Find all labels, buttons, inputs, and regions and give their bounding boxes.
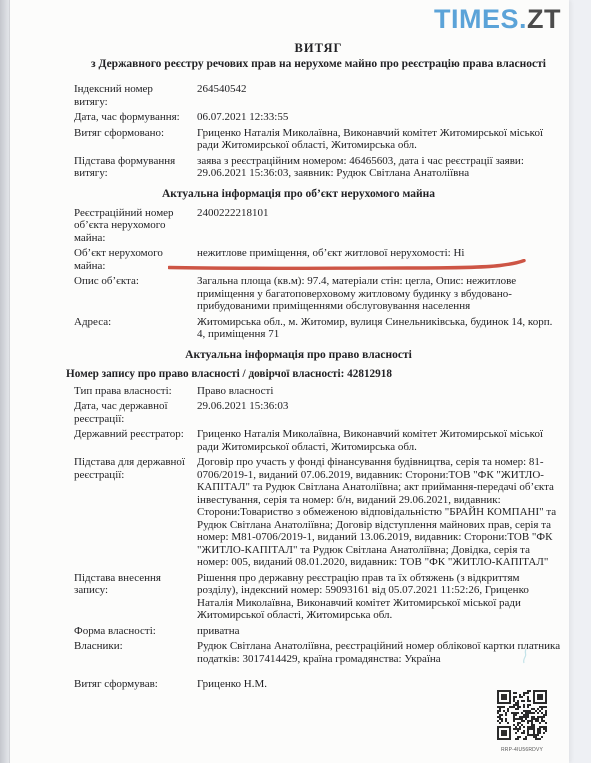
field-label: Індексний номер витягу: — [74, 83, 185, 108]
pen-mark-artifact — [519, 648, 531, 664]
document-title: ВИТЯГ — [74, 42, 563, 55]
field-value: Гриценко Наталія Миколаївна, Виконавчий … — [197, 428, 563, 453]
field-label: Підстава формування витягу: — [74, 155, 185, 180]
field-row-ownership-form: Форма власності: приватна — [74, 625, 563, 638]
field-label: Форма власності: — [74, 625, 185, 638]
field-value: приватна — [197, 625, 563, 638]
field-row-formation-basis: Підстава формування витягу: заява з реєс… — [74, 155, 563, 180]
field-row-ownership-type: Тип права власності: Право власності — [74, 385, 563, 398]
field-label: Дата, час державної реєстрації: — [74, 400, 185, 425]
field-label: Витяг сформував: — [74, 678, 185, 690]
field-label: Підстава внесення запису: — [74, 572, 185, 622]
field-row-address: Адреса: Житомирська обл., м. Житомир, ву… — [74, 316, 563, 341]
field-value: Загальна площа (кв.м): 97.4, матеріали с… — [197, 275, 563, 313]
field-label: Дата, час формування: — [74, 111, 185, 124]
field-label: Адреса: — [74, 316, 185, 341]
field-row-registration-number: Реєстраційний номер об’єкта нерухомого м… — [74, 207, 563, 245]
field-value: 29.06.2021 15:36:03 — [197, 400, 563, 425]
field-label: Об’єкт нерухомого майна: — [74, 247, 185, 272]
qr-caption: RRP-4IU56RDVY — [497, 747, 547, 753]
field-row-object-description: Опис об’єкта: Загальна площа (кв.м): 97.… — [74, 275, 563, 313]
field-label: Підстава для державної реєстрації: — [74, 456, 185, 569]
field-value: Рудюк Світлана Анатоліївна, реєстраційни… — [197, 640, 563, 665]
field-label: Реєстраційний номер об’єкта нерухомого м… — [74, 207, 185, 245]
field-value: Житомирська обл., м. Житомир, вулиця Син… — [197, 316, 563, 341]
field-label: Опис об’єкта: — [74, 275, 185, 313]
scan-edge-shadow — [0, 0, 9, 763]
document-page: TIMES.ZT ВИТЯГ з Державного реєстру речо… — [9, 0, 569, 763]
field-row-formation-date: Дата, час формування: 06.07.2021 12:33:5… — [74, 111, 563, 124]
qr-code-icon — [497, 690, 547, 740]
field-label: Витяг сформовано: — [74, 127, 185, 152]
field-value: Рішення про державну реєстрацію прав та … — [197, 572, 563, 622]
field-row-state-registrar: Державний реєстратор: Гриценко Наталія М… — [74, 428, 563, 453]
field-label: Власники: — [74, 640, 185, 665]
field-value: Договір про участь у фонді фінансування … — [197, 456, 563, 569]
field-row-record-entry-basis: Підстава внесення запису: Рішення про де… — [74, 572, 563, 622]
field-label: Державний реєстратор: — [74, 428, 185, 453]
document-content: ВИТЯГ з Державного реєстру речових прав … — [10, 0, 569, 668]
field-value: 264540542 — [197, 83, 563, 108]
field-value: Гриценко Н.М. — [197, 678, 267, 690]
field-value: 2400222218101 — [197, 207, 563, 245]
field-row-formed-by: Витяг сформовано: Гриценко Наталія Микол… — [74, 127, 563, 152]
field-row-owners: Власники: Рудюк Світлана Анатоліївна, ре… — [74, 640, 563, 665]
field-row-extract-formed-by: Витяг сформував: Гриценко Н.М. — [74, 678, 267, 690]
section-title-object-info: Актуальна інформація про об’єкт нерухомо… — [34, 188, 563, 201]
field-row-state-registration-date: Дата, час державної реєстрації: 29.06.20… — [74, 400, 563, 425]
field-value: заява з реєстраційним номером: 46465603,… — [197, 155, 563, 180]
field-value: Право власності — [197, 385, 563, 398]
section-title-ownership-info: Актуальна інформація про право власності — [34, 349, 563, 362]
field-value: Гриценко Наталія Миколаївна, Виконавчий … — [197, 127, 563, 152]
field-label: Тип права власності: — [74, 385, 185, 398]
ownership-record-number-line: Номер запису про право власності / довір… — [66, 368, 563, 381]
field-row-object-type: Об’єкт нерухомого майна: нежитлове примі… — [74, 247, 563, 272]
document-subtitle: з Державного реєстру речових прав на нер… — [74, 58, 563, 71]
field-row-registration-basis: Підстава для державної реєстрації: Догов… — [74, 456, 563, 569]
field-value: 06.07.2021 12:33:55 — [197, 111, 563, 124]
qr-code-block: RRP-4IU56RDVY — [497, 690, 547, 753]
field-value: нежитлове приміщення, об’єкт житлової не… — [197, 247, 563, 272]
field-row-index-number: Індексний номер витягу: 264540542 — [74, 83, 563, 108]
